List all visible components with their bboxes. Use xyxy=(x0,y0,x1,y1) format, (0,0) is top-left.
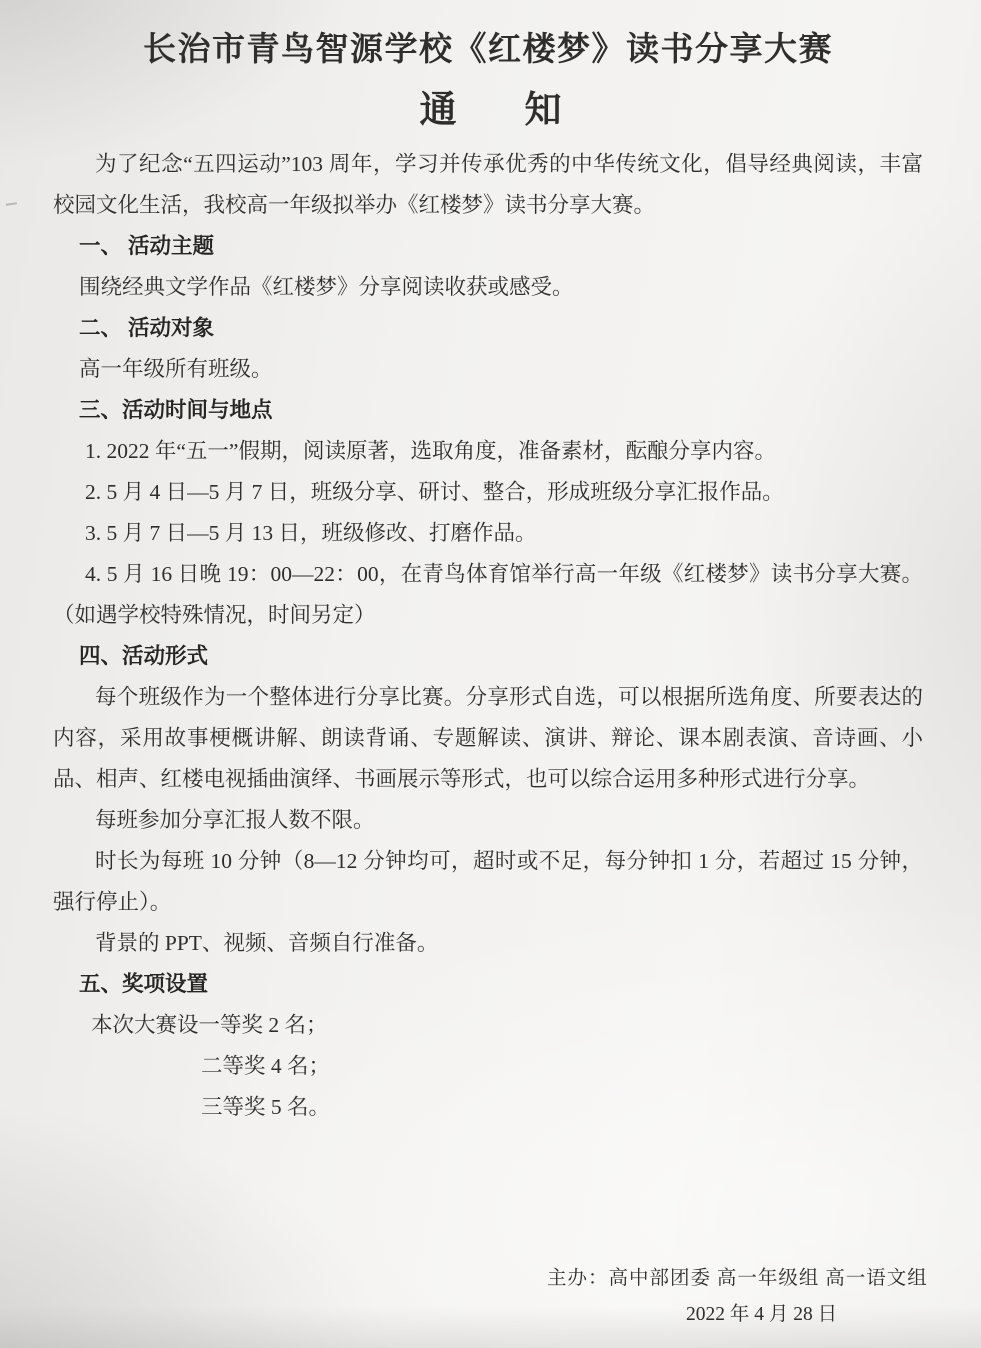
section-heading: 五、奖项设置 xyxy=(53,964,923,1005)
date-line: 2022 年 4 月 28 日 xyxy=(686,1298,923,1332)
schedule-item: 4. 5 月 16 日晚 19：00—22：00，在青鸟体育馆举行高一年级《红楼… xyxy=(53,554,923,636)
document-body: 为了纪念“五四运动”103 周年，学习并传承优秀的中华传统文化，倡导经典阅读，丰… xyxy=(53,144,923,1128)
paragraph: 背景的 PPT、视频、音频自行准备。 xyxy=(53,923,923,964)
schedule-item: 3. 5 月 7 日—5 月 13 日，班级修改、打磨作品。 xyxy=(53,513,923,554)
paragraph: 每个班级作为一个整体进行分享比赛。分享形式自选，可以根据所选角度、所要表达的内容… xyxy=(53,677,923,800)
paragraph: 为了纪念“五四运动”103 周年，学习并传承优秀的中华传统文化，倡导经典阅读，丰… xyxy=(53,144,923,226)
schedule-item: 1. 2022 年“五一”假期，阅读原著，选取角度，准备素材，酝酿分享内容。 xyxy=(53,431,923,472)
paragraph: 本次大赛设一等奖 2 名； xyxy=(53,1005,923,1046)
notice-page: 长治市青鸟智源学校《红楼梦》读书分享大赛 通知 为了纪念“五四运动”103 周年… xyxy=(0,0,981,1348)
document-footer: 主办：高中部团委 高一年级组 高一语文组 2022 年 4 月 28 日 xyxy=(53,1262,923,1332)
award-line: 二等奖 4 名； xyxy=(53,1046,923,1087)
organizer-line: 主办：高中部团委 高一年级组 高一语文组 xyxy=(547,1262,923,1296)
section-heading: 二、 活动对象 xyxy=(53,308,923,349)
photo-artifact-mark xyxy=(6,202,17,206)
paragraph: 每班参加分享汇报人数不限。 xyxy=(53,800,923,841)
section-heading: 四、活动形式 xyxy=(53,636,923,677)
document-title: 长治市青鸟智源学校《红楼梦》读书分享大赛 xyxy=(53,26,923,72)
paragraph: 时长为每班 10 分钟（8—12 分钟均可，超时或不足，每分钟扣 1 分，若超过… xyxy=(53,841,923,923)
paragraph: 围绕经典文学作品《红楼梦》分享阅读收获或感受。 xyxy=(53,267,923,308)
paragraph: 高一年级所有班级。 xyxy=(53,349,923,390)
document-subtitle: 通知 xyxy=(0,85,981,135)
section-heading: 三、活动时间与地点 xyxy=(53,390,923,431)
schedule-item: 2. 5 月 4 日—5 月 7 日，班级分享、研讨、整合，形成班级分享汇报作品… xyxy=(53,472,923,513)
section-heading: 一、 活动主题 xyxy=(53,226,923,267)
award-line: 三等奖 5 名。 xyxy=(53,1087,923,1128)
